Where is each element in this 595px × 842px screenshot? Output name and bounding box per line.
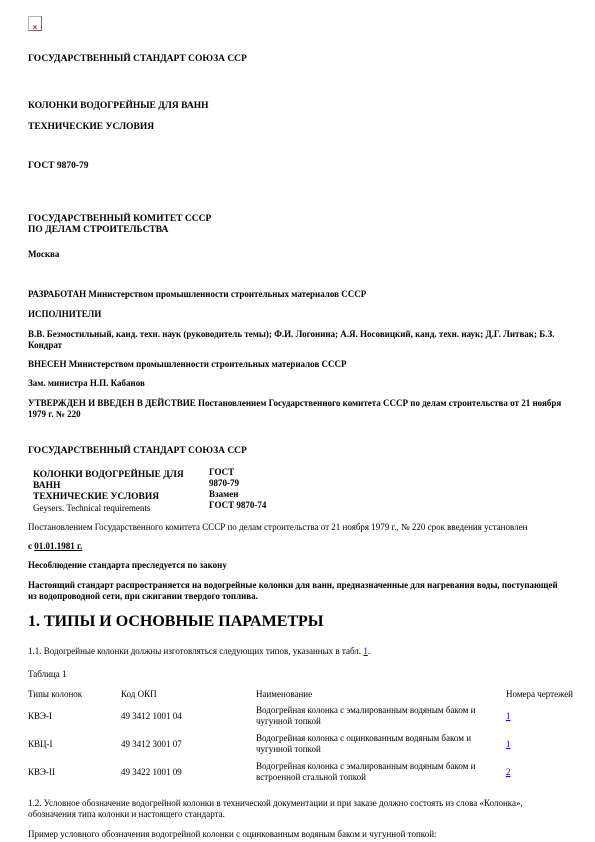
cell-code: 49 3412 1001 04	[121, 702, 256, 730]
law-note: Несоблюдение стандарта преследуется по з…	[28, 560, 562, 571]
standard-label-top: ГОСУДАРСТВЕННЫЙ СТАНДАРТ СОЮЗА ССР	[28, 54, 562, 65]
table-row: КВЭ-I 49 3412 1001 04 Водогрейная колонк…	[28, 702, 594, 730]
decree-statement: Постановлением Государственного комитета…	[28, 522, 562, 533]
clause-1-1-suffix: .	[368, 646, 370, 656]
cell-type: КВЦ-I	[28, 730, 121, 758]
table1-caption: Таблица 1	[28, 669, 562, 680]
city: Москва	[28, 249, 562, 260]
table-row: КВЦ-I 49 3412 3001 07 Водогрейная колонк…	[28, 730, 594, 758]
cell-code: 49 3422 1001 09	[121, 758, 256, 786]
effective-date-link[interactable]: 01.01.1981 г.	[34, 541, 82, 551]
cell-name: Водогрейная колонка с оцинкованным водян…	[256, 730, 506, 758]
gost-word: ГОСТ	[209, 467, 266, 478]
col-header-drawings: Номера чертежей	[506, 689, 594, 702]
col-header-type: Типы колонок	[28, 689, 121, 702]
replaces-label: Взамен	[209, 489, 266, 500]
executors-label: ИСПОЛНИТЕЛИ	[28, 309, 562, 320]
standard-label-mid: ГОСУДАРСТВЕННЫЙ СТАНДАРТ СОЮЗА ССР	[28, 446, 562, 457]
types-table: Типы колонок Код ОКП Наименование Номера…	[28, 689, 594, 786]
cell-name: Водогрейная колонка с эмалированным водя…	[256, 758, 506, 786]
broken-image-icon: ×	[28, 16, 42, 31]
title-block-right: ГОСТ 9870-79 Взамен ГОСТ 9870-74	[205, 467, 266, 511]
committee-line1: ГОСУДАРСТВЕННЫЙ КОМИТЕТ СССР	[28, 214, 562, 225]
clause-1-2: 1.2. Условное обозначение водогрейной ко…	[28, 798, 562, 820]
deputy-minister: Зам. министра Н.П. Кабанов	[28, 378, 562, 389]
clause-1-1: 1.1. Водогрейные колонки должны изготовл…	[28, 646, 562, 657]
effective-date-line: с 01.01.1981 г.	[28, 541, 562, 552]
title-block-subtitle: ТЕХНИЧЕСКИЕ УСЛОВИЯ	[33, 492, 205, 503]
cell-name: Водогрейная колонка с эмалированным водя…	[256, 702, 506, 730]
title-block-left: КОЛОНКИ ВОДОГРЕЙНЫЕ ДЛЯ ВАНН ТЕХНИЧЕСКИЕ…	[28, 467, 205, 514]
col-header-name: Наименование	[256, 689, 506, 702]
committee-line2: ПО ДЕЛАМ СТРОИТЕЛЬСТВА	[28, 225, 562, 236]
replaces-code: ГОСТ 9870-74	[209, 500, 266, 511]
drawing-link[interactable]: 1	[506, 711, 511, 721]
approved-statement: УТВЕРЖДЕН И ВВЕДЕН В ДЕЙСТВИЕ Постановле…	[28, 398, 562, 420]
table-row: КВЭ-II 49 3422 1001 09 Водогрейная колон…	[28, 758, 594, 786]
table-header-row: Типы колонок Код ОКП Наименование Номера…	[28, 689, 594, 702]
drawing-link[interactable]: 1	[506, 739, 511, 749]
developed-statement: РАЗРАБОТАН Министерством промышленности …	[28, 289, 562, 300]
document-title: КОЛОНКИ ВОДОГРЕЙНЫЕ ДЛЯ ВАНН	[28, 101, 562, 112]
col-header-code: Код ОКП	[121, 689, 256, 702]
clause-1-1-text: 1.1. Водогрейные колонки должны изготовл…	[28, 646, 363, 656]
broken-image-x-glyph: ×	[33, 23, 38, 32]
drawing-link[interactable]: 2	[506, 767, 511, 777]
title-block-title: КОЛОНКИ ВОДОГРЕЙНЫЕ ДЛЯ ВАНН	[33, 470, 205, 492]
document-subtitle: ТЕХНИЧЕСКИЕ УСЛОВИЯ	[28, 122, 562, 133]
section1-heading: 1. ТИПЫ И ОСНОВНЫЕ ПАРАМЕТРЫ	[28, 612, 562, 632]
document-page: × ГОСУДАРСТВЕННЫЙ СТАНДАРТ СОЮЗА ССР КОЛ…	[0, 0, 595, 840]
example-intro: Пример условного обозначения водогрейной…	[28, 829, 562, 840]
gost-code: ГОСТ 9870-79	[28, 161, 562, 172]
cell-type: КВЭ-I	[28, 702, 121, 730]
cell-type: КВЭ-II	[28, 758, 121, 786]
gost-number: 9870-79	[209, 478, 266, 489]
scope-statement: Настоящий стандарт распространяется на в…	[28, 580, 562, 602]
title-block: КОЛОНКИ ВОДОГРЕЙНЫЕ ДЛЯ ВАНН ТЕХНИЧЕСКИЕ…	[28, 467, 562, 514]
executors-list: В.В. Безмостильный, канд. техн. наук (ру…	[28, 329, 562, 351]
submitted-statement: ВНЕСЕН Министерством промышленности стро…	[28, 359, 562, 370]
cell-code: 49 3412 3001 07	[121, 730, 256, 758]
title-block-title-en: Geysers. Technical requirements	[33, 503, 205, 514]
